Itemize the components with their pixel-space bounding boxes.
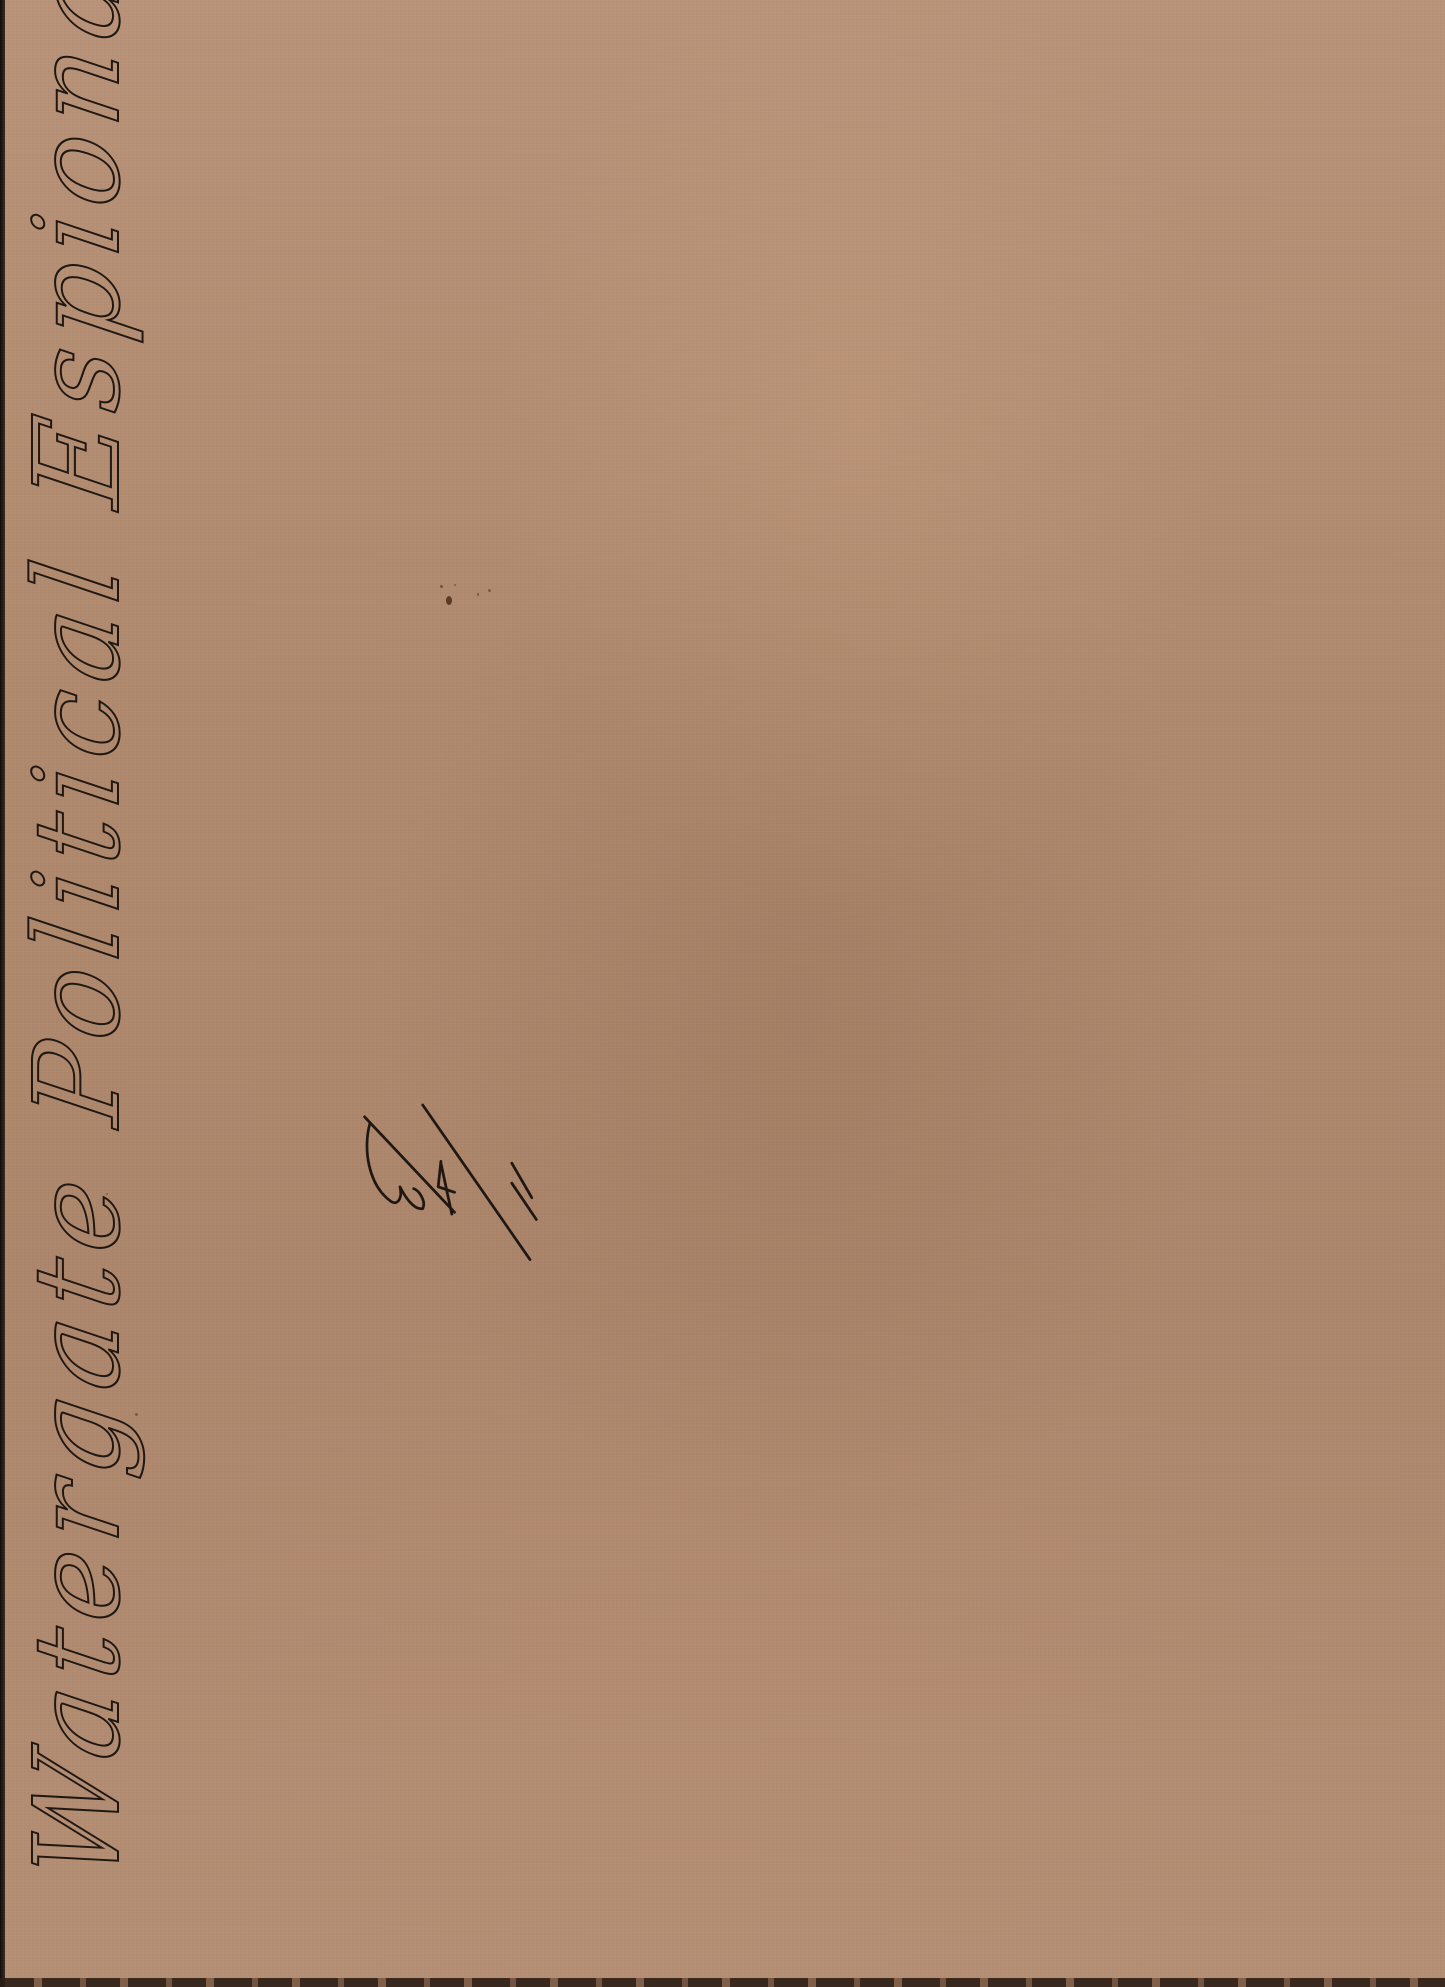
notation-mark-drawing: [350, 1085, 550, 1285]
scan-left-edge: [0, 0, 5, 1987]
paper-speck: [488, 589, 491, 592]
paper-speck: [454, 584, 456, 586]
scanned-document-page: Watergate Political Espionage 3/11: [0, 0, 1445, 1987]
handwritten-caption: Watergate Political Espionage: [18, 0, 136, 1887]
paper-speck: [440, 585, 443, 588]
paper-speck: [477, 593, 479, 596]
paper-texture: [0, 0, 1445, 1987]
paper-speck: [446, 596, 452, 605]
scan-bottom-edge: [0, 1978, 1445, 1987]
handwritten-notation-mark: 3/11: [350, 1085, 550, 1285]
